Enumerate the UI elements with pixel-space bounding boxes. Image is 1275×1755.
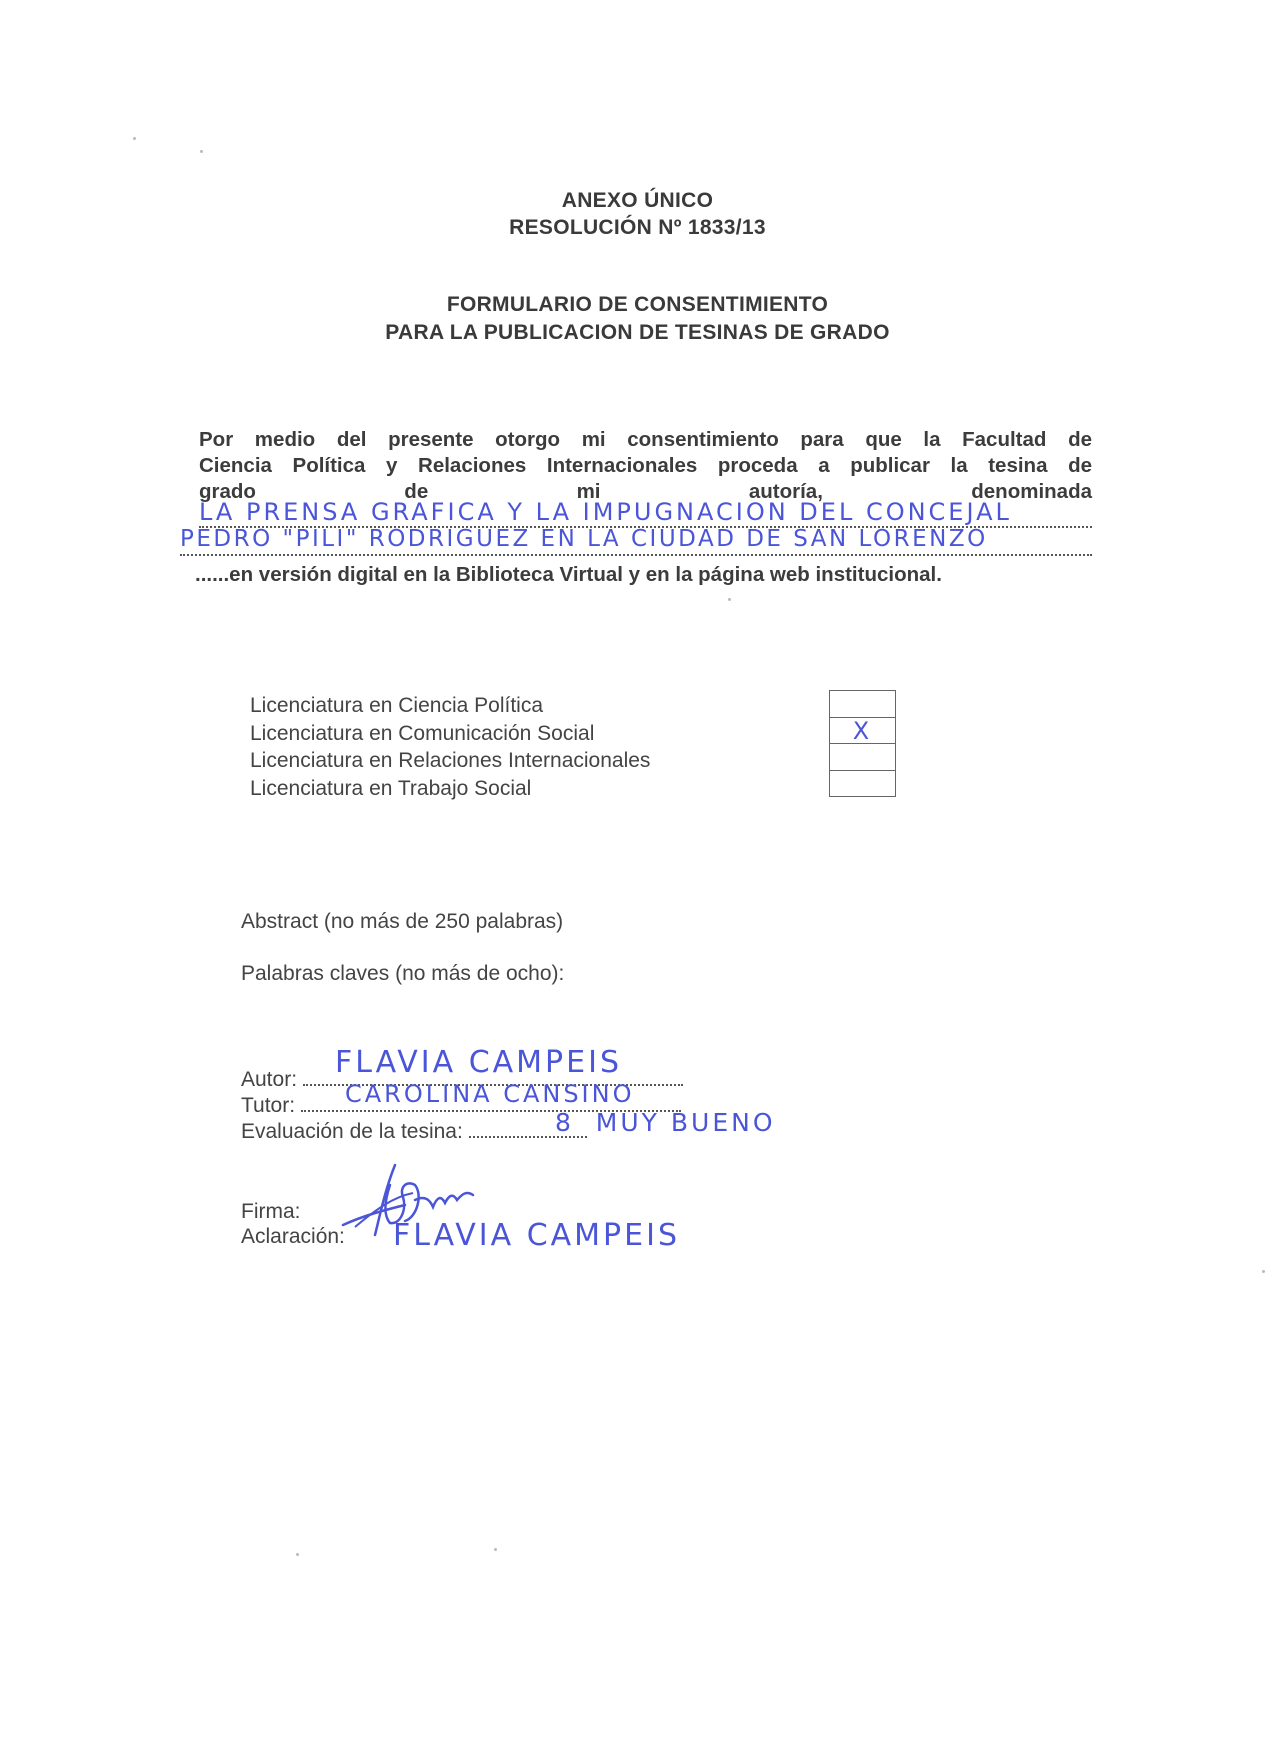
clarification-handwritten: FLAVIA CAMPEIS xyxy=(393,1218,680,1253)
degree-list: Licenciatura en Ciencia Política Licenci… xyxy=(250,692,650,802)
degree-trabajo-social: Licenciatura en Trabajo Social xyxy=(250,775,650,803)
clarification-label: Aclaración: xyxy=(241,1225,345,1249)
evaluation-handwritten: 8 MUY BUENO xyxy=(555,1108,776,1137)
signature-label: Firma: xyxy=(241,1200,301,1224)
author-handwritten: FLAVIA CAMPEIS xyxy=(335,1045,622,1080)
evaluation-row: Evaluación de la tesina: xyxy=(241,1120,587,1144)
scan-speck xyxy=(296,1553,299,1556)
checkbox-ciencia-politica[interactable] xyxy=(830,691,895,718)
checkbox-comunicacion-social[interactable]: X xyxy=(830,718,895,745)
evaluation-label: Evaluación de la tesina: xyxy=(241,1120,463,1143)
abstract-label: Abstract (no más de 250 palabras) xyxy=(241,910,563,934)
scan-speck xyxy=(133,137,136,140)
thesis-title-handwritten-1: LA PRENSA GRAFICA Y LA IMPUGNACION DEL C… xyxy=(199,498,1012,526)
consent-closing: ......en versión digital en la Bibliotec… xyxy=(195,563,942,587)
thesis-title-handwritten-2: PEDRO "PILI" RODRIGUEZ EN LA CIUDAD DE S… xyxy=(180,526,988,552)
degree-checkboxes: X xyxy=(829,690,896,797)
consent-text-1: Por medio del presente otorgo mi consent… xyxy=(199,427,1092,453)
tutor-handwritten: CAROLINA CANSINO xyxy=(345,1080,634,1108)
consent-line-1: Por medio del presente otorgo mi consent… xyxy=(199,427,1092,453)
checkbox-trabajo-social[interactable] xyxy=(830,771,895,797)
checkbox-relaciones-internacionales[interactable] xyxy=(830,744,895,771)
annex-title: ANEXO ÚNICO xyxy=(0,189,1275,213)
scan-speck xyxy=(494,1548,497,1551)
consent-text-2: Ciencia Política y Relaciones Internacio… xyxy=(199,453,1092,479)
degree-comunicacion-social: Licenciatura en Comunicación Social xyxy=(250,720,650,748)
resolution-number: RESOLUCIÓN Nº 1833/13 xyxy=(0,216,1275,240)
thesis-title-field-1[interactable]: LA PRENSA GRAFICA Y LA IMPUGNACION DEL C… xyxy=(199,500,1092,528)
form-title-line1: FORMULARIO DE CONSENTIMIENTO xyxy=(0,293,1275,317)
degree-ciencia-politica: Licenciatura en Ciencia Política xyxy=(250,692,650,720)
thesis-title-field-2[interactable]: PEDRO "PILI" RODRIGUEZ EN LA CIUDAD DE S… xyxy=(180,528,1092,556)
scan-speck xyxy=(1262,1270,1265,1273)
tutor-label: Tutor: xyxy=(241,1094,295,1117)
consent-line-2: Ciencia Política y Relaciones Internacio… xyxy=(199,453,1092,479)
keywords-label: Palabras claves (no más de ocho): xyxy=(241,962,564,986)
degree-relaciones-internacionales: Licenciatura en Relaciones Internacional… xyxy=(250,747,650,775)
scan-speck xyxy=(728,598,731,601)
scan-speck xyxy=(200,150,203,153)
check-mark-icon: X xyxy=(853,717,872,745)
author-label: Autor: xyxy=(241,1068,297,1091)
form-title-line2: PARA LA PUBLICACION DE TESINAS DE GRADO xyxy=(0,321,1275,345)
